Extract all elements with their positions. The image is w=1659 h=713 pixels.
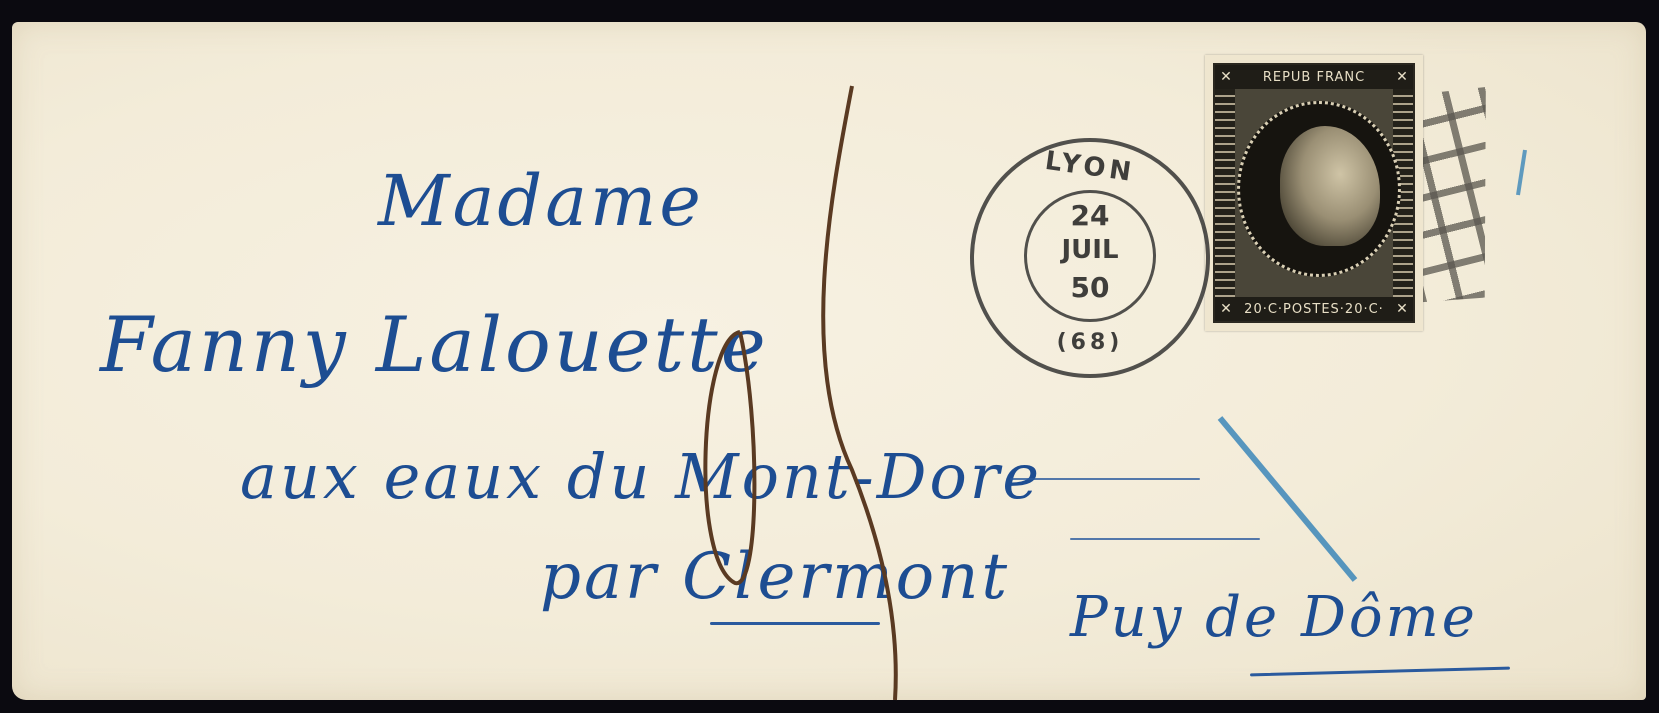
blue-ink-dash [1518, 150, 1525, 195]
blue-correction-stroke [1220, 418, 1355, 580]
manuscript-strokes [0, 0, 1659, 713]
brown-tax-loop [705, 332, 754, 583]
brown-tax-stroke [823, 86, 896, 700]
